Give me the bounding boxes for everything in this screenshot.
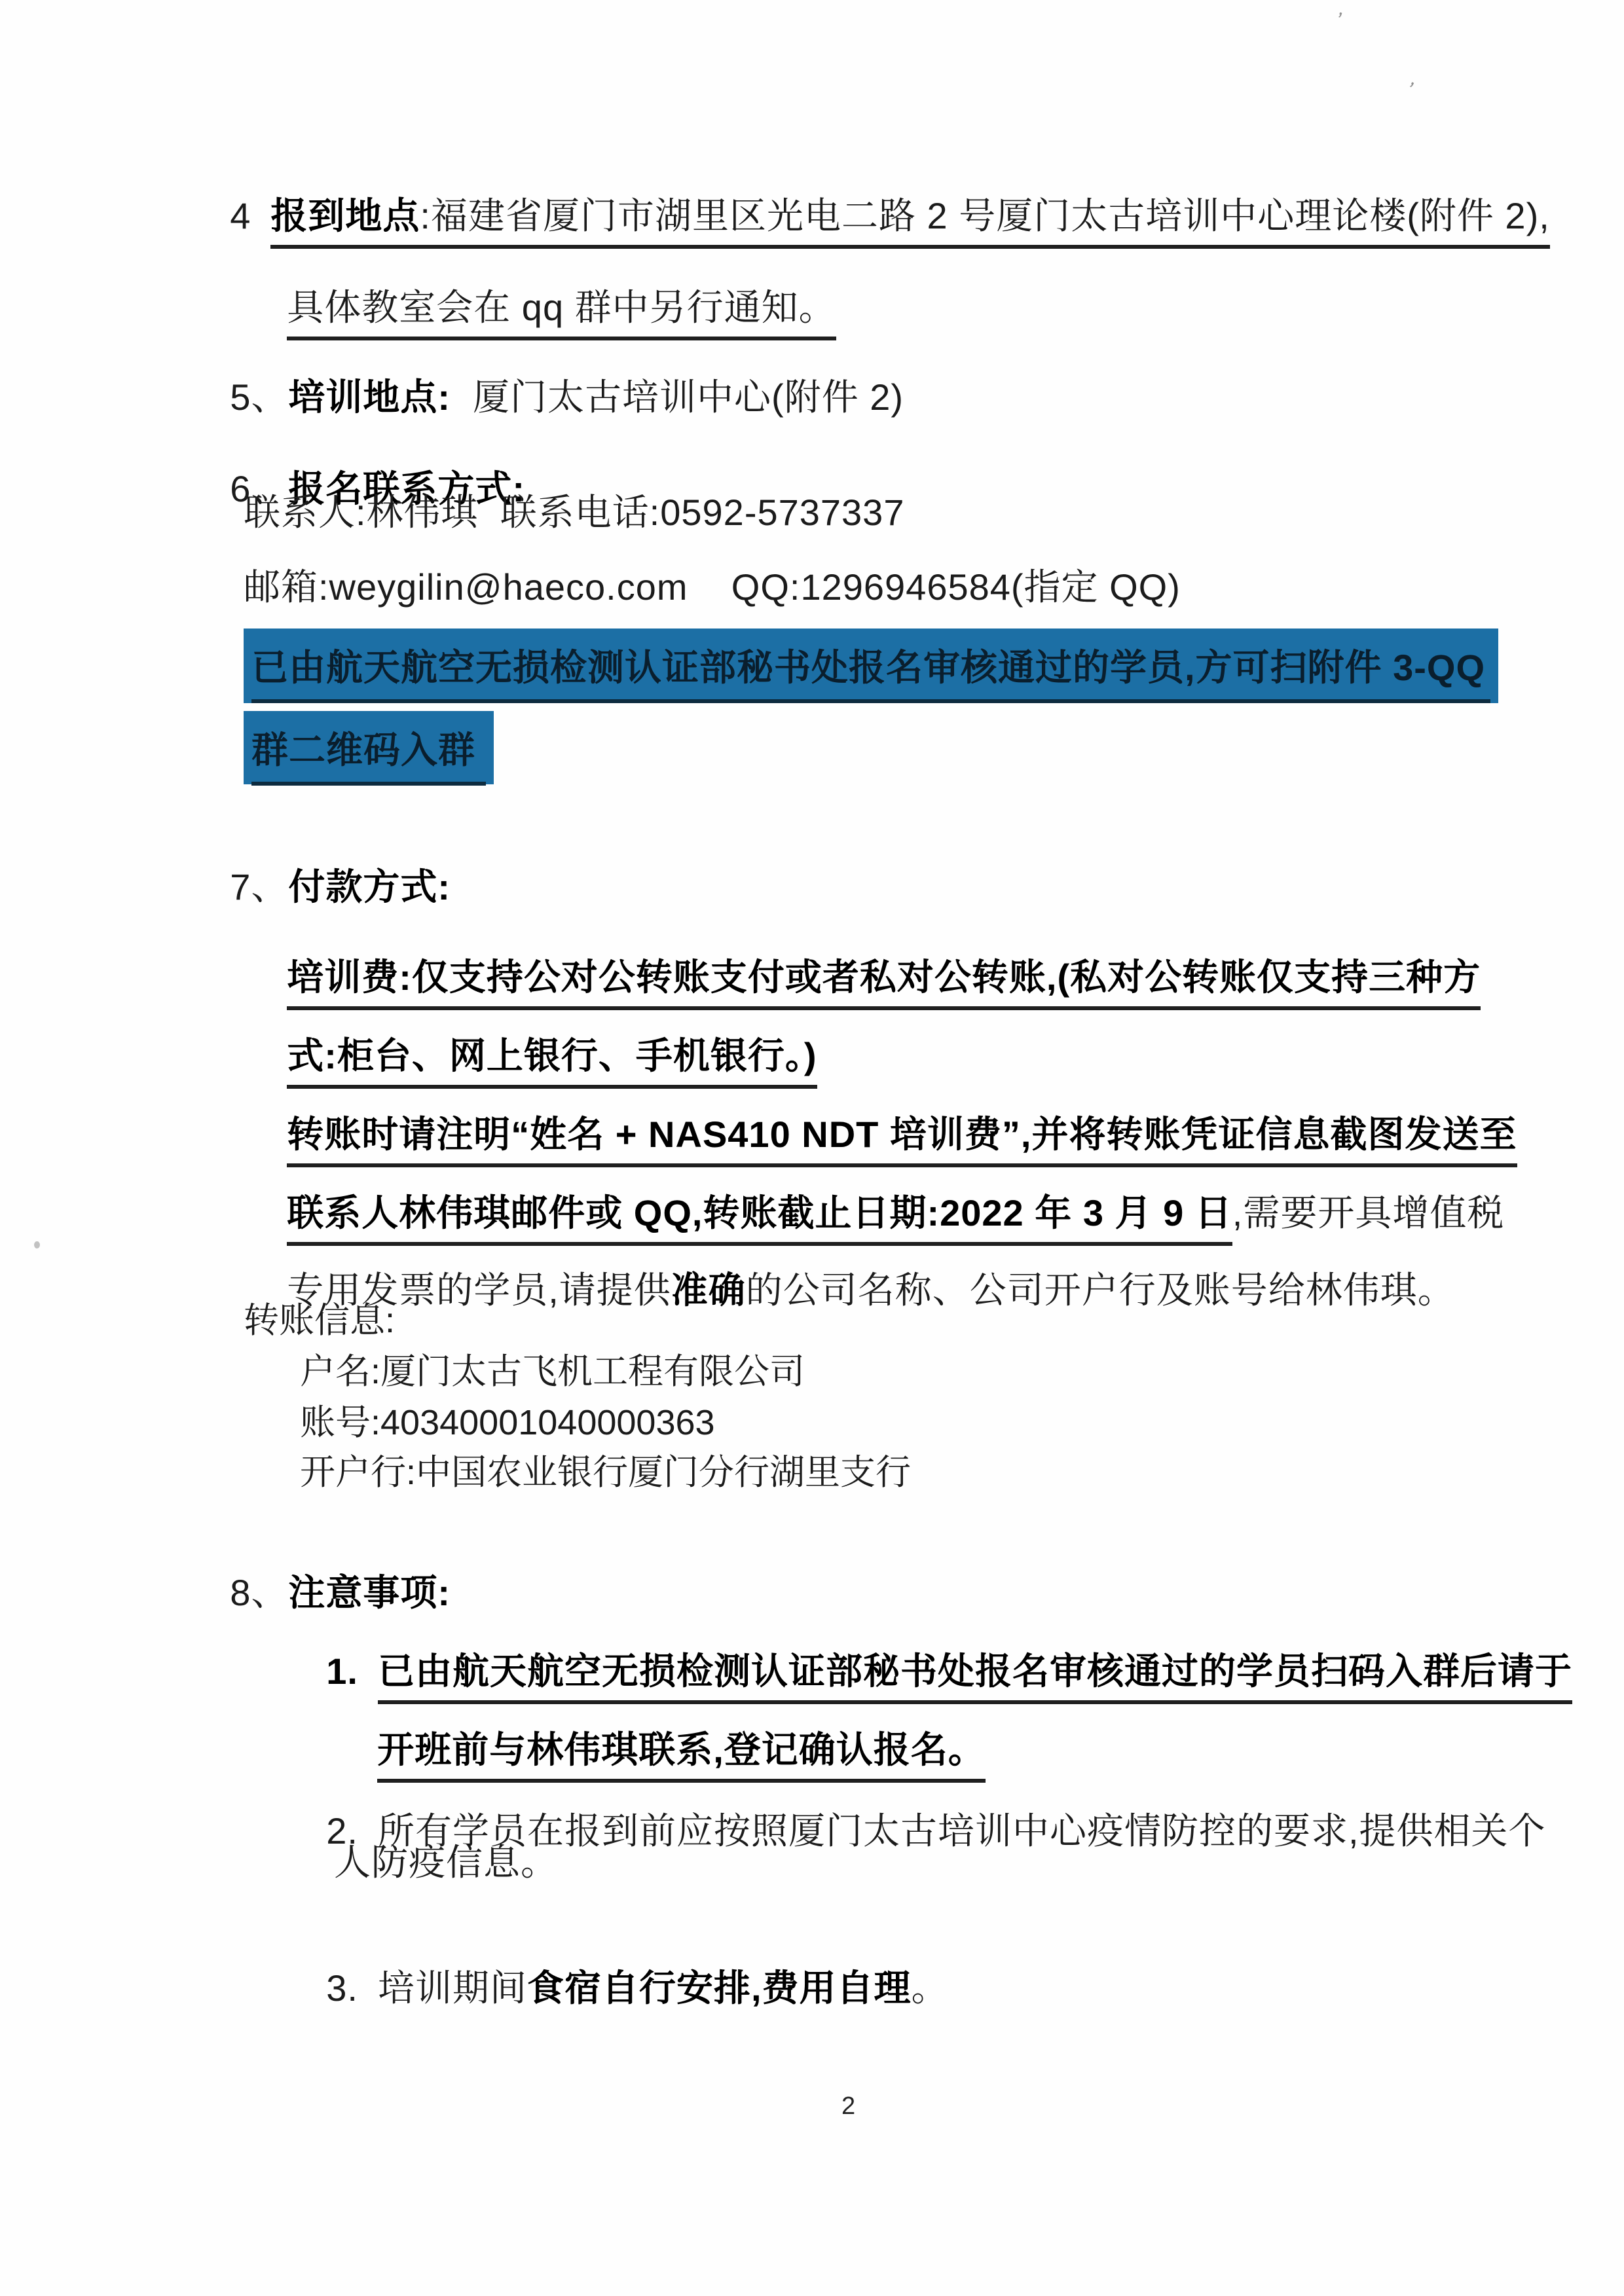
highlighted-notice-text1: 已由航天航空无损检测认证部秘书处报名审核通过的学员,方可扫附件 3-QQ <box>251 639 1490 703</box>
highlighted-notice-line2: 群二维码入群 <box>244 711 494 784</box>
transfer-account-number: 账号:40340001040000363 <box>300 1401 715 1446</box>
note3-post: 。 <box>912 1967 949 2009</box>
item4-label: 报到地点 <box>270 195 420 236</box>
transfer-account-name: 户名:厦门太古飞机工程有限公司 <box>300 1350 805 1394</box>
note3-number: 3. <box>326 1965 358 2011</box>
scan-artifact-mark: ’ <box>1401 78 1417 103</box>
payment-line5: 专用发票的学员,请提供准确的公司名称、公司开户行及账号给林伟琪。 <box>244 1222 1455 1359</box>
transfer-bank: 开户行:中国农业银行厦门分行湖里支行 <box>300 1451 911 1495</box>
item4-rest: :福建省厦门市湖里区光电二路 2 号厦门太古培训中心理论楼(附件 2), <box>420 195 1549 236</box>
payment-line5-bold: 准确 <box>671 1269 746 1311</box>
contact-line: 联系人:林伟琪 联系电话:0592-5737337 <box>244 490 904 536</box>
item5-value: 厦门太古培训中心(附件 2) <box>473 376 904 418</box>
item4-number: 4 <box>230 193 251 239</box>
note3-bold: 食宿自行安排,费用自理 <box>527 1967 912 2009</box>
highlighted-notice-line1: 已由航天航空无损检测认证部秘书处报名审核通过的学员,方可扫附件 3-QQ <box>244 629 1498 703</box>
item5-label: 培训地点: <box>288 376 451 418</box>
item7-number: 7、 <box>230 864 288 910</box>
highlighted-notice-text2: 群二维码入群 <box>251 721 486 786</box>
note2-line2: 人防疫信息。 <box>334 1840 558 1886</box>
scan-speck <box>34 1241 40 1248</box>
document-page: ’ ’ 4报到地点:福建省厦门市湖里区光电二路 2 号厦门太古培训中心理论楼(附… <box>0 0 1624 2296</box>
item7-label: 付款方式: <box>288 866 451 907</box>
note3-line: 3.培训期间食宿自行安排,费用自理。 <box>283 1920 949 2057</box>
transfer-title: 转账信息: <box>244 1299 395 1343</box>
note3-pre: 培训期间 <box>378 1967 527 2009</box>
item8-number: 8、 <box>230 1570 288 1616</box>
scan-artifact-mark: ’ <box>1332 8 1344 33</box>
page-number: 2 <box>841 2092 855 2121</box>
item5-number: 5、 <box>230 374 288 420</box>
payment-line5-post: 的公司名称、公司开户行及账号给林伟琪。 <box>746 1269 1455 1311</box>
email-line: 邮箱:weygilin@haeco.com QQ:1296946584(指定 Q… <box>244 564 1181 610</box>
item6-line: 6、报名联系方式: <box>187 420 525 558</box>
